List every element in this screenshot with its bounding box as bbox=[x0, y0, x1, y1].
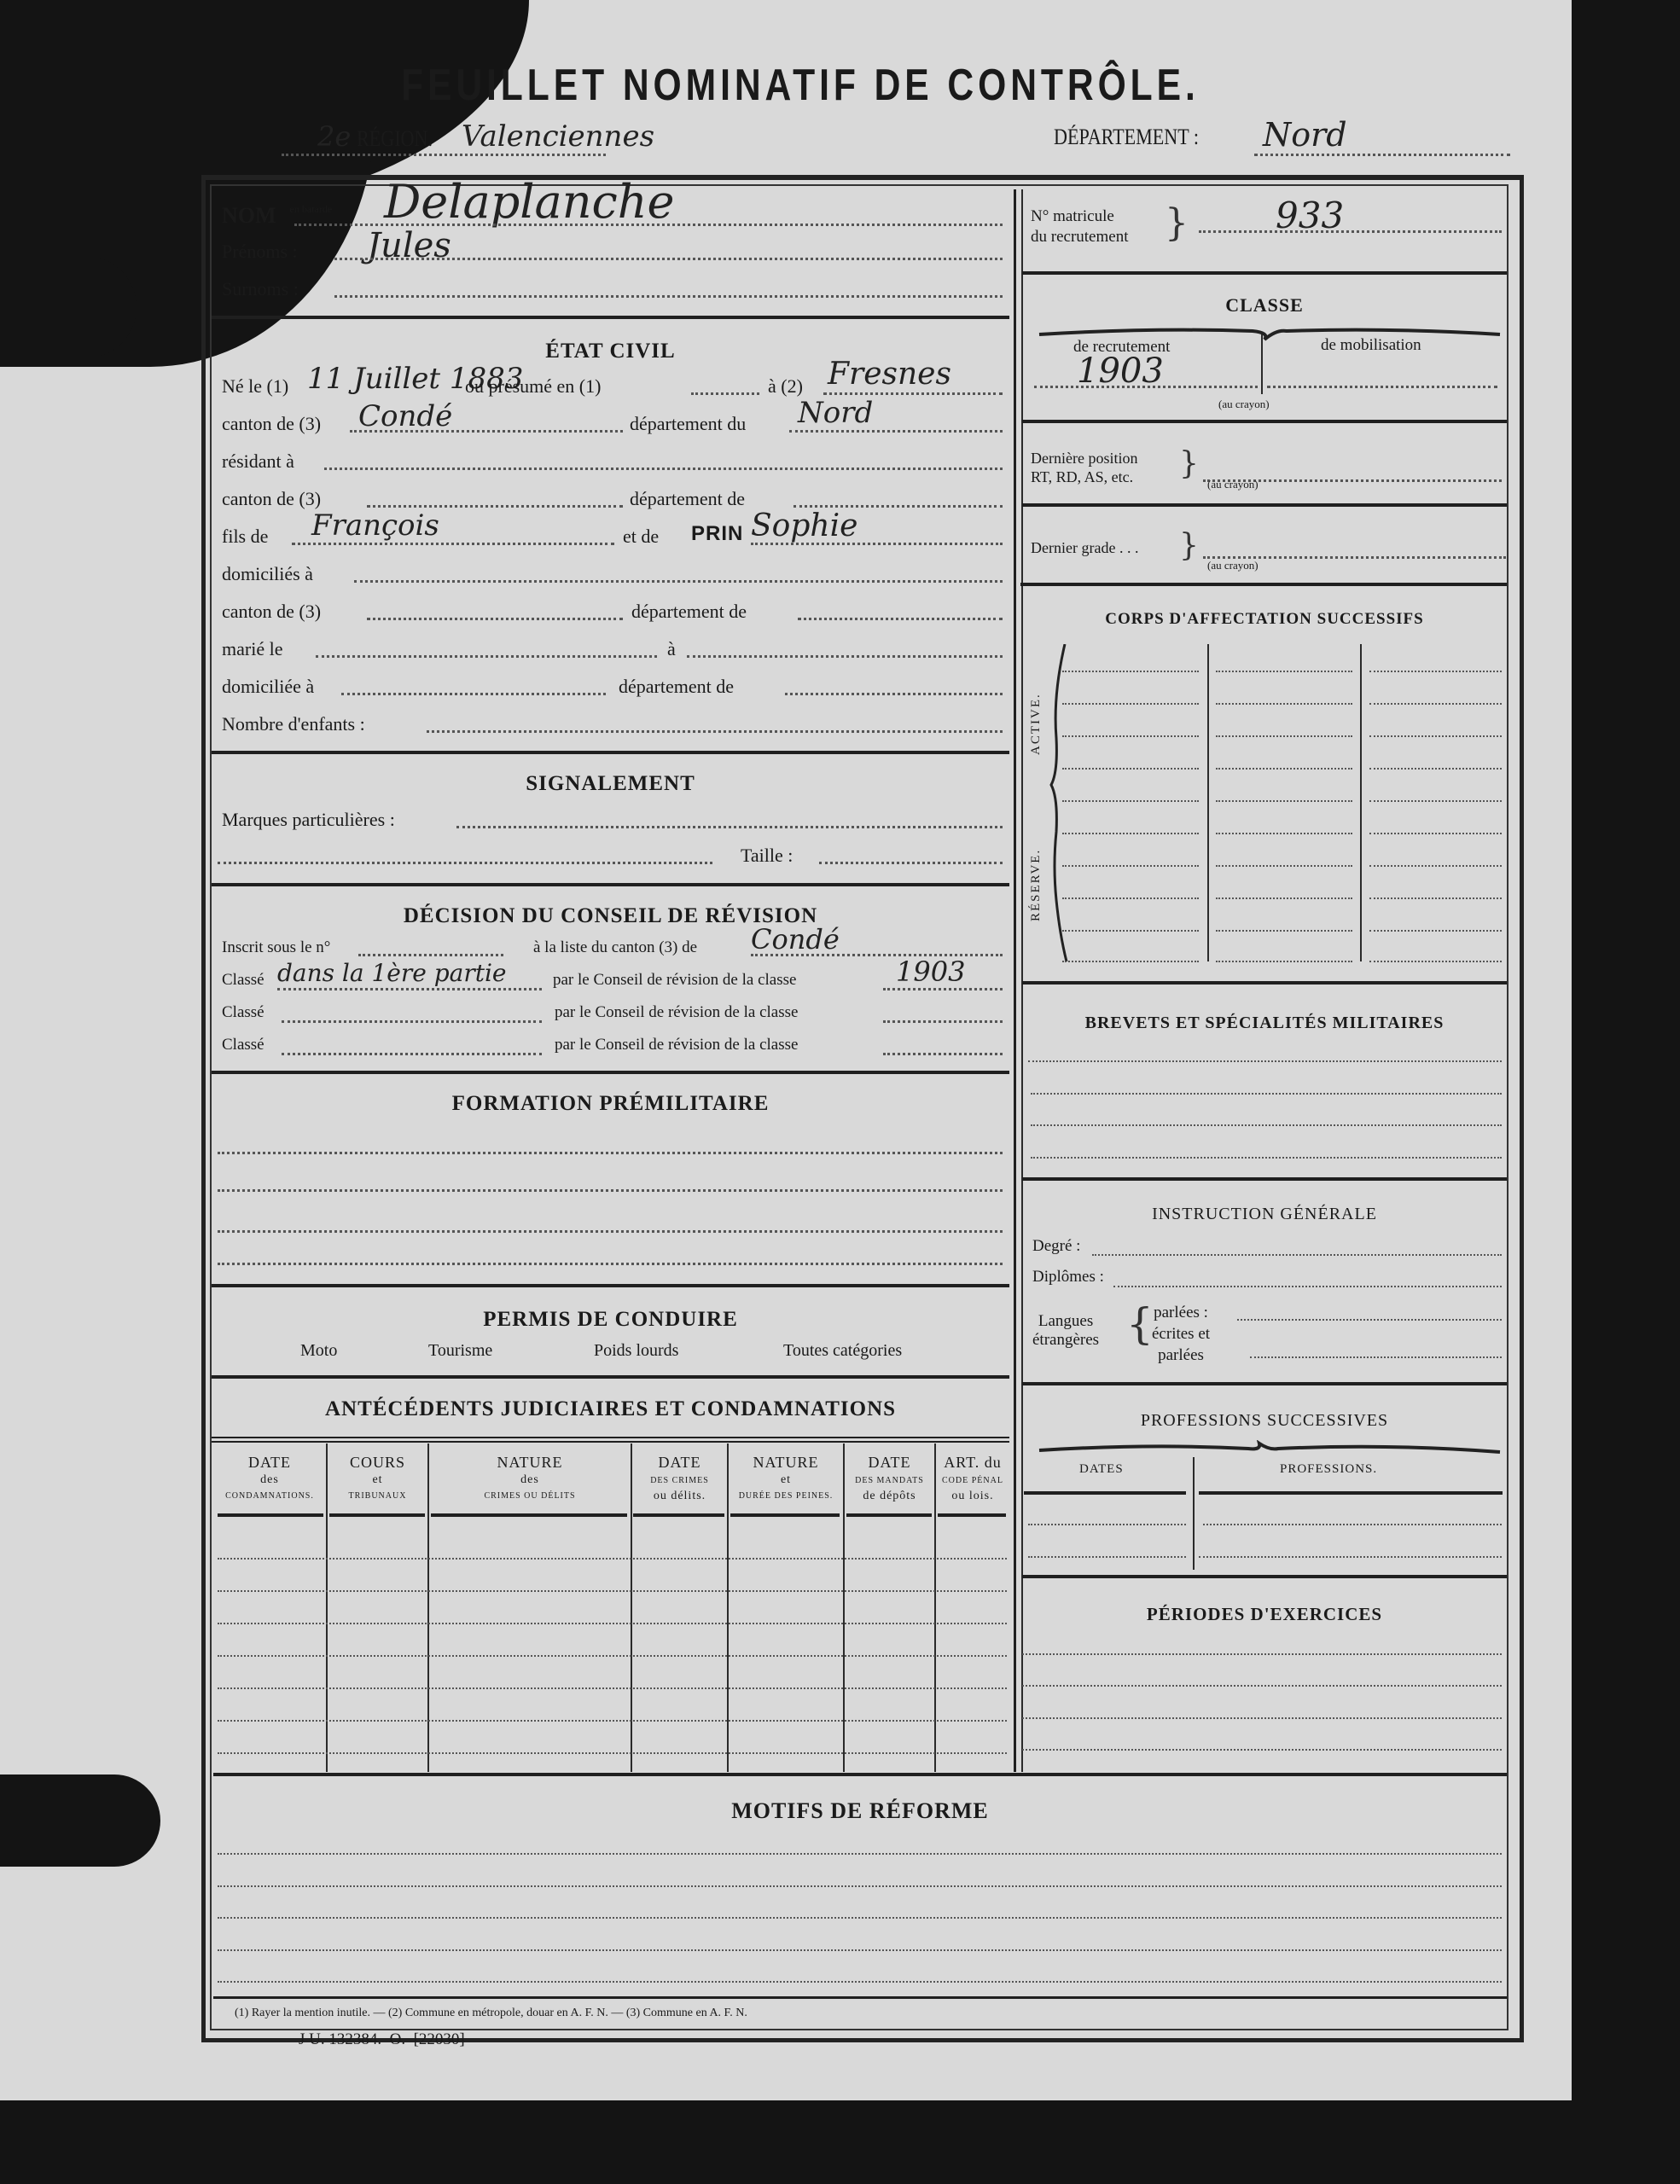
permis-poids-lourds[interactable]: Poids lourds bbox=[594, 1341, 678, 1361]
classe-row-3-field[interactable] bbox=[282, 1053, 542, 1055]
presume-label: ou présumé en (1) bbox=[465, 375, 601, 398]
column-divider bbox=[1014, 189, 1016, 1772]
fils-label: fils de bbox=[222, 526, 268, 548]
torn-corner-lobe bbox=[0, 256, 137, 358]
langues-parlees-field[interactable] bbox=[1237, 1319, 1502, 1321]
taille-field[interactable] bbox=[819, 862, 1003, 864]
mere-label: et de bbox=[623, 526, 659, 548]
region-value[interactable]: Valenciennes bbox=[462, 119, 654, 154]
residant-field[interactable] bbox=[324, 468, 1003, 470]
dept1-label: département du bbox=[630, 413, 746, 435]
domiciliee-label: domiciliée à bbox=[222, 676, 314, 698]
periodes-title: PÉRIODES D'EXERCICES bbox=[1022, 1604, 1507, 1625]
marie-a-field[interactable] bbox=[687, 655, 1003, 658]
col-nature-peines: NATUREetDURÉE DES PEINES. bbox=[729, 1455, 843, 1504]
department-value[interactable]: Nord bbox=[1263, 116, 1347, 154]
permis-moto[interactable]: Moto bbox=[300, 1341, 337, 1361]
brevets-line-1[interactable] bbox=[1028, 1060, 1502, 1062]
formation-title: FORMATION PRÉMILITAIRE bbox=[212, 1092, 1009, 1116]
professions-header: PROFESSIONS. bbox=[1280, 1462, 1377, 1477]
brace-icon: } bbox=[1179, 527, 1199, 565]
inscrit-label: Inscrit sous le n° bbox=[222, 938, 330, 957]
decision-title: DÉCISION DU CONSEIL DE RÉVISION bbox=[212, 904, 1009, 928]
canton1-value[interactable]: Condé bbox=[358, 399, 452, 433]
periodes-line-4[interactable] bbox=[1022, 1749, 1502, 1751]
nom-label: NOM bbox=[222, 203, 276, 228]
marie-field[interactable] bbox=[316, 655, 657, 658]
dept4-field[interactable] bbox=[785, 693, 1003, 695]
classe-row-1-value[interactable]: dans la 1ère partie bbox=[277, 959, 507, 987]
canton2-label: canton de (3) bbox=[222, 488, 321, 510]
taille-label: Taille : bbox=[741, 845, 793, 867]
classe-mobilisation-field[interactable] bbox=[1267, 386, 1497, 388]
motifs-line-1[interactable] bbox=[218, 1853, 1502, 1855]
dernier-grade-label: Dernier grade . . . bbox=[1031, 539, 1138, 557]
nom-value[interactable]: Delaplanche bbox=[384, 175, 675, 229]
a-label: à (2) bbox=[768, 375, 803, 398]
formation-line-2[interactable] bbox=[218, 1189, 1003, 1192]
surnoms-label: Surnoms : bbox=[222, 278, 299, 300]
dernier-grade-note: (au crayon) bbox=[1207, 559, 1259, 572]
domicilies-label: domiciliés à bbox=[222, 563, 313, 585]
langues-types: parlées : écrites et parlées bbox=[1152, 1302, 1210, 1366]
classe-row-2-label: Classé bbox=[222, 1003, 264, 1022]
brevets-line-2[interactable] bbox=[1031, 1093, 1502, 1095]
mere-value[interactable]: Sophie bbox=[751, 508, 857, 543]
classe-mobilisation-label: de mobilisation bbox=[1321, 336, 1421, 355]
dept4-label: département de bbox=[619, 676, 734, 698]
marques-label: Marques particulières : bbox=[222, 809, 395, 831]
liste-label: à la liste du canton (3) de bbox=[533, 938, 697, 957]
canton3-field[interactable] bbox=[367, 618, 623, 620]
footnote: (1) Rayer la mention inutile. — (2) Comm… bbox=[235, 2007, 747, 2020]
active-label: ACTIVE. bbox=[1029, 693, 1043, 755]
region-label: RÉGION. bbox=[357, 126, 433, 152]
classe-row-3-conseil: par le Conseil de révision de la classe bbox=[555, 1036, 798, 1054]
col-date-mandats: DATEDES MANDATSde dépôts bbox=[845, 1455, 934, 1504]
department-line: DÉPARTEMENT : bbox=[1054, 125, 1224, 150]
langues-ecrites-field[interactable] bbox=[1250, 1356, 1502, 1358]
classe-title: CLASSE bbox=[1022, 294, 1507, 317]
signalement-title: SIGNALEMENT bbox=[212, 772, 1009, 796]
brace-divider-icon bbox=[1022, 1440, 1507, 1457]
corps-title: CORPS D'AFFECTATION SUCCESSIFS bbox=[1022, 610, 1507, 629]
mere-surname-stamp[interactable]: PRIN bbox=[691, 522, 743, 546]
formation-line-1[interactable] bbox=[218, 1152, 1003, 1154]
brace-icon: { bbox=[1126, 1305, 1154, 1343]
col-nature-crimes: NATUREdesCRIMES OU DÉLITS bbox=[429, 1455, 631, 1504]
nom-sub-label: en batarde bbox=[290, 203, 333, 215]
fils-value[interactable]: François bbox=[311, 508, 439, 543]
periodes-line-2[interactable] bbox=[1022, 1685, 1502, 1687]
motifs-line-3[interactable] bbox=[218, 1917, 1502, 1919]
residant-label: résidant à bbox=[222, 450, 294, 473]
formation-line-3[interactable] bbox=[218, 1230, 1003, 1233]
periodes-line-3[interactable] bbox=[1022, 1717, 1502, 1719]
ne-le-label: Né le (1) bbox=[222, 375, 288, 398]
formation-line-4[interactable] bbox=[218, 1263, 1003, 1265]
canton2-field[interactable] bbox=[367, 505, 623, 508]
diplomes-field[interactable] bbox=[1113, 1286, 1502, 1287]
inscrit-field[interactable] bbox=[358, 954, 503, 956]
marques-field[interactable] bbox=[456, 826, 1003, 828]
domicilies-field[interactable] bbox=[354, 580, 1003, 583]
enfants-field[interactable] bbox=[427, 730, 1003, 733]
classe-row-1-year[interactable]: 1903 bbox=[896, 955, 965, 988]
region-number: 2e bbox=[317, 120, 351, 153]
classe-row-2-year[interactable] bbox=[883, 1020, 1003, 1023]
dept2-field[interactable] bbox=[793, 505, 1003, 508]
surnoms-field[interactable] bbox=[334, 295, 1003, 298]
diplomes-label: Diplômes : bbox=[1032, 1268, 1104, 1287]
reserve-label: RÉSERVE. bbox=[1029, 849, 1043, 921]
brace-icon: } bbox=[1179, 445, 1199, 483]
matricule-label: N° matricule du recrutement bbox=[1031, 206, 1128, 247]
region-line: 2e RÉGION. Valenciennes bbox=[317, 119, 654, 154]
derniere-position-label: Dernière position RT, RD, AS, etc. bbox=[1031, 449, 1137, 486]
dates-header: DATES bbox=[1079, 1462, 1124, 1477]
liste-value[interactable]: Condé bbox=[751, 923, 840, 955]
classe-row-1-conseil: par le Conseil de révision de la classe bbox=[553, 971, 796, 990]
col-article-code: ART. duCODE PÉNALou lois. bbox=[936, 1455, 1009, 1504]
degre-label: Degré : bbox=[1032, 1237, 1080, 1256]
dept3-field[interactable] bbox=[798, 618, 1003, 620]
domiciliee-field[interactable] bbox=[341, 693, 606, 695]
a-value[interactable]: Fresnes bbox=[828, 357, 951, 392]
document-title: FEUILLET NOMINATIF DE CONTRÔLE. bbox=[401, 60, 1200, 111]
motifs-line-4[interactable] bbox=[218, 1949, 1502, 1951]
dept3-label: département de bbox=[631, 601, 747, 623]
brevets-title: BREVETS ET SPÉCIALITÉS MILITAIRES bbox=[1022, 1014, 1507, 1033]
brace-icon bbox=[1048, 644, 1073, 964]
permis-tourisme[interactable]: Tourisme bbox=[428, 1341, 492, 1361]
classe-row-3-year[interactable] bbox=[883, 1053, 1003, 1055]
classe-row-3-label: Classé bbox=[222, 1036, 264, 1054]
col-date-crimes: DATEDES CRIMESou délits. bbox=[632, 1455, 727, 1504]
print-code: J U. 132384. O. [22030] bbox=[299, 2030, 465, 2049]
presume-field[interactable] bbox=[691, 392, 759, 395]
marie-a-label: à bbox=[667, 638, 676, 660]
dept2-label: département de bbox=[630, 488, 745, 510]
enfants-label: Nombre d'enfants : bbox=[222, 713, 365, 735]
brace-icon: } bbox=[1165, 205, 1189, 242]
marie-label: marié le bbox=[222, 638, 282, 660]
dept1-value[interactable]: Nord bbox=[798, 396, 873, 430]
col-date-condamnations: DATEdesCONDAMNATIONS. bbox=[213, 1455, 326, 1504]
classe-note: (au crayon) bbox=[1218, 398, 1270, 411]
col-cours-tribunaux: COURSetTRIBUNAUX bbox=[328, 1455, 427, 1504]
classe-row-1-label: Classé bbox=[222, 971, 264, 990]
brevets-line-3[interactable] bbox=[1031, 1124, 1502, 1126]
permis-toutes-categories[interactable]: Toutes catégories bbox=[783, 1341, 902, 1361]
motifs-title: MOTIFS DE RÉFORME bbox=[213, 1798, 1507, 1824]
periodes-line-1[interactable] bbox=[1022, 1653, 1502, 1655]
permis-title: PERMIS DE CONDUIRE bbox=[212, 1308, 1009, 1332]
canton3-label: canton de (3) bbox=[222, 601, 321, 623]
derniere-position-note: (au crayon) bbox=[1207, 478, 1259, 491]
degre-field[interactable] bbox=[1092, 1254, 1502, 1256]
department-label: DÉPARTEMENT : bbox=[1054, 125, 1199, 150]
binder-tab bbox=[0, 1774, 160, 1867]
classe-row-2-field[interactable] bbox=[282, 1020, 542, 1023]
antecedents-title: ANTÉCÉDENTS JUDICIAIRES ET CONDAMNATIONS bbox=[212, 1397, 1009, 1421]
langues-label: Langues étrangères bbox=[1032, 1312, 1099, 1350]
professions-title: PROFESSIONS SUCCESSIVES bbox=[1022, 1411, 1507, 1431]
canton1-label: canton de (3) bbox=[222, 413, 321, 435]
classe-row-2-conseil: par le Conseil de révision de la classe bbox=[555, 1003, 798, 1022]
motifs-line-2[interactable] bbox=[218, 1885, 1502, 1887]
brevets-line-4[interactable] bbox=[1031, 1157, 1502, 1159]
instruction-title: INSTRUCTION GÉNÉRALE bbox=[1022, 1205, 1507, 1224]
motifs-line-5[interactable] bbox=[218, 1981, 1502, 1983]
prenoms-label: Prénoms : bbox=[222, 241, 298, 263]
